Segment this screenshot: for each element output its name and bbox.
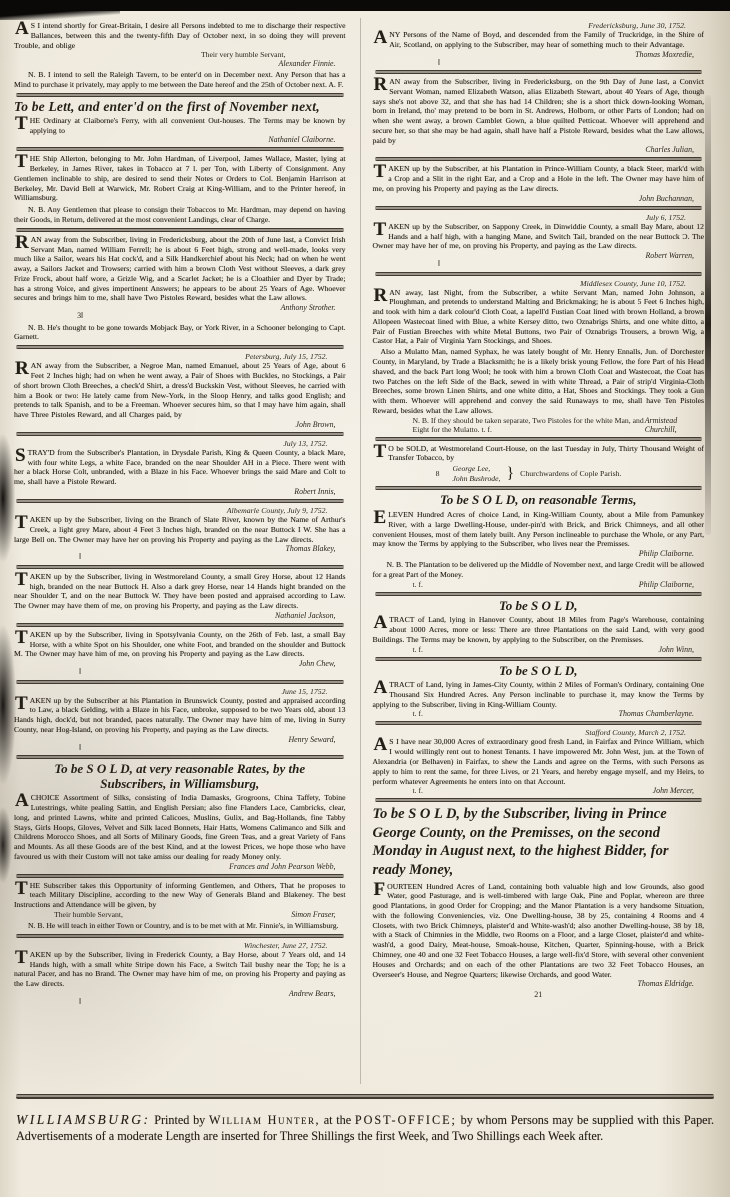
ad-body: THE Subscriber takes this Opportunity of…: [14, 881, 346, 910]
drop-cap: A: [14, 21, 31, 36]
nota-bene: N. B. The Plantation to be delivered up …: [373, 560, 705, 580]
drop-cap: R: [373, 77, 390, 92]
signature: Robert Warren,: [373, 251, 705, 260]
ad-body: RAN away, last Night, from the Subscribe…: [373, 288, 705, 347]
signature: John Chew,: [14, 659, 346, 668]
signature: Thomas Blakey,: [14, 544, 346, 553]
valediction-row: Their humble Servant, Simon Fraser,: [14, 910, 346, 919]
left-column: AS I intend shortly for Great-Britain, I…: [14, 18, 346, 1084]
signature: Philip Claiborne,: [639, 580, 694, 589]
ad-claibornes-ferry: To be Lett, and enter'd on the first of …: [14, 100, 346, 144]
dateline: Albemarle County, July 9, 1752.: [14, 506, 346, 515]
ad-mercer-lands: Stafford County, March 2, 1752. AS I hav…: [373, 728, 705, 795]
ad-text: LEVEN Hundred Acres of choice Land, in K…: [373, 510, 705, 548]
signature: John Winn,: [658, 645, 694, 654]
printers-mark: ‖: [14, 553, 147, 561]
separator-rule: [375, 486, 703, 490]
drop-cap: S: [14, 448, 28, 463]
churchwarden-role: Churchwardens of Cople Parish.: [520, 469, 621, 478]
ad-body: TAKEN up by the Subscriber, living on th…: [14, 515, 346, 544]
ad-text: AN away from the Subscriber, living in F…: [373, 77, 705, 145]
signature: Andrew Bears,: [14, 989, 346, 998]
ad-sold-princegeorge-eldridge: To be S O L D, by the Subscriber, living…: [373, 805, 705, 999]
ad-body: TAKEN up by the Subscriber at his Planta…: [14, 696, 346, 735]
ad-body: THE Ordinary at Claiborne's Ferry, with …: [14, 116, 346, 136]
signature: Charles Julian,: [373, 145, 705, 154]
printers-mark: ‖: [14, 668, 147, 676]
ad-heading: To be S O L D, on reasonable Terms,: [379, 493, 699, 508]
signature: Alexander Finnie.: [14, 59, 346, 68]
colophon-printed-by: Printed by: [154, 1113, 205, 1127]
ad-military-discipline: THE Subscriber takes this Opportunity of…: [14, 881, 346, 931]
ad-heading: To be S O L D,: [379, 599, 699, 614]
colophon: WILLIAMSBURG: Printed by William Hunter,…: [16, 1094, 714, 1157]
ad-text: S I have near 30,000 Acres of extraordin…: [373, 737, 705, 785]
ad-text: AN away from the Subscriber, living in F…: [14, 235, 346, 303]
signature: Anthony Strother.: [14, 303, 346, 312]
nota-bene-row: N. B. If they should be taken separate, …: [373, 416, 705, 434]
ad-text: TRACT of Land, lying in Hanover County, …: [373, 615, 705, 644]
colophon-office: POST-OFFICE;: [355, 1113, 457, 1127]
columns: AS I intend shortly for Great-Britain, I…: [14, 18, 704, 1084]
separator-rule: [16, 680, 344, 684]
ad-transfer-tobacco: TO be SOLD, at Westmoreland Court-House,…: [373, 444, 705, 484]
ad-taken-brunswick: June 15, 1752. TAKEN up by the Subscribe…: [14, 687, 346, 753]
churchwarden-name: John Bushrode,: [453, 474, 501, 484]
scan-top-edge: [0, 0, 730, 11]
signature: Frances and John Pearson Webb,: [14, 862, 346, 871]
ad-text: S I intend shortly for Great-Britain, I …: [14, 21, 346, 50]
drop-cap: T: [373, 164, 389, 179]
signature: Thomas Chamberlayne.: [619, 709, 694, 718]
newspaper-page: AS I intend shortly for Great-Britain, I…: [0, 0, 730, 1197]
till-forbid-mark: t. f.: [413, 580, 423, 589]
ad-body: TAKEN up by the Subscriber, living in We…: [14, 572, 346, 611]
signature: Philip Claiborne.: [373, 549, 705, 558]
ad-text: HE Ship Allerton, belonging to Mr. John …: [14, 154, 346, 202]
till-forbid-row: t. f. John Mercer,: [373, 786, 705, 795]
ad-body: TO be SOLD, at Westmoreland Court-House,…: [373, 444, 705, 464]
dateline: July 6, 1752.: [373, 213, 705, 222]
colophon-rule: [16, 1094, 714, 1099]
ad-taken-spotsylvania: TAKEN up by the Subscriber, living in Sp…: [14, 630, 346, 677]
ad-body: TAKEN up by the Subscriber, living in Sp…: [14, 630, 346, 659]
till-forbid-mark: t. f.: [413, 645, 423, 654]
colophon-city: WILLIAMSBURG:: [16, 1112, 150, 1127]
separator-rule: [375, 206, 703, 210]
ad-text: HE Subscriber takes this Opportunity of …: [14, 881, 346, 910]
drop-cap: A: [373, 30, 390, 45]
ad-text: AKEN up by the Subscriber at his Plantat…: [14, 696, 346, 734]
ad-boyd-family: Fredericksburg, June 30, 1752. ANY Perso…: [373, 21, 705, 67]
ad-text: AKEN up by the Subscriber, at his Planta…: [373, 164, 705, 193]
printers-mark: ‖: [373, 260, 506, 268]
signature: Henry Seward,: [14, 735, 346, 744]
ad-body: RAN away from the Subscriber, living in …: [14, 235, 346, 303]
separator-rule: [16, 934, 344, 938]
drop-cap: T: [14, 696, 30, 711]
ad-body: TAKEN up by the Subscriber, at his Plant…: [373, 164, 705, 193]
ad-text: CHOICE Assortment of Silks, consisting o…: [14, 793, 346, 861]
till-forbid-row: t. f. John Winn,: [373, 645, 705, 654]
ad-taken-steer: TAKEN up by the Subscriber, at his Plant…: [373, 164, 705, 202]
ad-runaways-johnson-syphax: Middlesex County, June 10, 1752. RAN awa…: [373, 279, 705, 434]
signature: Thomas Moxredie,: [373, 50, 705, 59]
drop-cap: T: [14, 881, 30, 896]
nota-bene: N. B. He will teach in either Town or Co…: [14, 921, 346, 931]
separator-rule: [16, 755, 344, 759]
dateline: June 15, 1752.: [14, 687, 346, 696]
ad-text: AKEN up by the Subscriber, living in Wes…: [14, 572, 346, 610]
ad-finnie-departure: AS I intend shortly for Great-Britain, I…: [14, 21, 346, 90]
drop-cap: A: [373, 615, 390, 630]
separator-rule: [16, 874, 344, 878]
separator-rule: [16, 147, 344, 151]
separator-rule: [375, 437, 703, 441]
ad-heading: To be S O L D, at very reasonable Rates,…: [20, 762, 340, 791]
churchwarden-name: George Lee,: [453, 464, 501, 474]
signature: Simon Fraser,: [291, 910, 335, 919]
signature: Nathaniel Claiborne.: [14, 135, 346, 144]
signature: John Buchannan,: [373, 194, 705, 203]
separator-rule: [16, 623, 344, 627]
nota-bene: N. B. If they should be taken separate, …: [413, 416, 645, 434]
drop-cap: R: [14, 235, 31, 250]
ad-body: RAN away from the Subscriber, a Negroe M…: [14, 361, 346, 420]
nota-bene: N. B. He's thought to be gone towards Mo…: [14, 323, 346, 343]
till-forbid-mark: t. f.: [413, 786, 423, 795]
drop-cap: A: [373, 737, 390, 752]
separator-rule: [375, 157, 703, 161]
printers-mark: 3‖: [14, 312, 147, 320]
ad-runaway-emanuel: Petersburg, July 15, 1752. RAN away from…: [14, 352, 346, 429]
separator-rule: [16, 565, 344, 569]
ad-sold-hanover-tract: To be S O L D, ATRACT of Land, lying in …: [373, 599, 705, 654]
ad-text: AN away from the Subscriber, a Negroe Ma…: [14, 361, 346, 419]
separator-rule: [16, 93, 344, 97]
drop-cap: T: [14, 515, 30, 530]
ad-text: HE Ordinary at Claiborne's Ferry, with a…: [30, 116, 346, 135]
ad-body: AS I intend shortly for Great-Britain, I…: [14, 21, 346, 50]
ad-taken-frederick: Winchester, June 27, 1752. TAKEN up by t…: [14, 941, 346, 1007]
printers-mark: 8: [429, 469, 447, 478]
drop-cap: A: [14, 793, 31, 808]
drop-cap: R: [373, 288, 390, 303]
signature: Thomas Eldridge.: [373, 979, 705, 988]
drop-cap: T: [373, 444, 389, 459]
till-forbid-row: t. f. Philip Claiborne,: [373, 580, 705, 589]
separator-rule: [375, 721, 703, 725]
ad-sold-jamescity-tract: To be S O L D, ATRACT of Land, lying in …: [373, 664, 705, 719]
drop-cap: T: [373, 222, 389, 237]
drop-cap: F: [373, 882, 388, 897]
ad-body: TAKEN up by the Subscriber, on Sappony C…: [373, 222, 705, 251]
signature: Armistead Churchill,: [645, 416, 694, 434]
signature: John Brown,: [14, 420, 346, 429]
drop-cap: R: [14, 361, 31, 376]
drop-cap: A: [373, 680, 390, 695]
nota-bene: N. B. I intend to sell the Raleigh Taver…: [14, 70, 346, 90]
till-forbid-row: t. f. Thomas Chamberlayne.: [373, 709, 705, 718]
ad-text: OURTEEN Hundred Acres of Land, containin…: [373, 882, 705, 979]
printers-mark: ‖: [14, 998, 147, 1006]
ad-body: RAN away from the Subscriber, living in …: [373, 77, 705, 145]
ad-text: NY Persons of the Name of Boyd, and desc…: [389, 30, 704, 49]
separator-rule: [375, 657, 703, 661]
separator-rule: [375, 70, 703, 74]
churchwarden-names: George Lee, John Bushrode,: [453, 464, 501, 483]
ad-taken-sappony: July 6, 1752. TAKEN up by the Subscriber…: [373, 213, 705, 269]
ad-text: AKEN up by the Subscriber, living in Fre…: [14, 950, 346, 988]
ad-body: ACHOICE Assortment of Silks, consisting …: [14, 793, 346, 861]
right-column: Fredericksburg, June 30, 1752. ANY Perso…: [360, 18, 705, 1084]
dateline: Fredericksburg, June 30, 1752.: [373, 21, 705, 30]
ad-text: O be SOLD, at Westmoreland Court-House, …: [388, 444, 704, 463]
signature: Nathaniel Jackson,: [14, 611, 346, 620]
dateline: Winchester, June 27, 1752.: [14, 941, 346, 950]
ad-text: AKEN up by the Subscriber, living on the…: [14, 515, 346, 544]
ad-body-continued: Also a Mulatto Man, named Syphax, he was…: [373, 347, 705, 415]
ad-heading: To be S O L D,: [379, 664, 699, 679]
separator-rule: [16, 345, 344, 349]
separator-rule: [375, 592, 703, 596]
ad-body: ELEVEN Hundred Acres of choice Land, in …: [373, 510, 705, 549]
separator-rule: [16, 499, 344, 503]
ad-body: FOURTEEN Hundred Acres of Land, containi…: [373, 882, 705, 980]
valediction: Their very humble Servant,: [14, 50, 346, 59]
ad-taken-albemarle: Albemarle County, July 9, 1752. TAKEN up…: [14, 506, 346, 562]
signature: Robert Innis,: [14, 487, 346, 496]
binding-gutter-shadow: [705, 95, 711, 535]
dateline: July 13, 1752.: [14, 439, 346, 448]
ad-heading: To be S O L D, by the Subscriber, living…: [373, 805, 705, 879]
drop-cap: T: [14, 116, 30, 131]
ad-body: TAKEN up by the Subscriber, living in Fr…: [14, 950, 346, 989]
ad-strayed-mare: July 13, 1752. STRAY'D from the Subscrib…: [14, 439, 346, 496]
churchwardens-group: 8 George Lee, John Bushrode, } Churchwar…: [373, 464, 705, 483]
colophon-text: WILLIAMSBURG: Printed by William Hunter,…: [16, 1111, 714, 1145]
ad-text: AKEN up by the Subscriber, on Sappony Cr…: [373, 222, 705, 251]
printers-mark: ‖: [14, 744, 147, 752]
ad-text: TRACT of Land, lying in James-City Count…: [373, 680, 705, 709]
dateline: Middlesex County, June 10, 1752.: [373, 279, 705, 288]
dateline: Petersburg, July 15, 1752.: [14, 352, 346, 361]
ad-body: ATRACT of Land, lying in Hanover County,…: [373, 615, 705, 644]
valediction: Their humble Servant,: [54, 910, 123, 919]
ad-body: STRAY'D from the Subscriber's Plantation…: [14, 448, 346, 487]
colophon-printer-name: William Hunter,: [209, 1113, 320, 1127]
page-number: 21: [373, 990, 705, 999]
drop-cap: T: [14, 950, 30, 965]
ad-ship-allerton: THE Ship Allerton, belonging to Mr. John…: [14, 154, 346, 224]
ad-text: AKEN up by the Subscriber, living in Spo…: [14, 630, 346, 659]
ad-body: ANY Persons of the Name of Boyd, and des…: [373, 30, 705, 50]
ad-body: THE Ship Allerton, belonging to Mr. John…: [14, 154, 346, 203]
drop-cap: T: [14, 572, 30, 587]
ad-text: TRAY'D from the Subscriber's Plantation,…: [14, 448, 346, 486]
separator-rule: [16, 228, 344, 232]
till-forbid-mark: t. f.: [413, 709, 423, 718]
signature: John Mercer,: [653, 786, 694, 795]
ad-text: AN away, last Night, from the Subscriber…: [373, 288, 705, 346]
ad-sold-silks-webb: To be S O L D, at very reasonable Rates,…: [14, 762, 346, 871]
ad-runaway-ferrell: RAN away from the Subscriber, living in …: [14, 235, 346, 342]
separator-rule: [16, 432, 344, 436]
colophon-at-the: at the: [324, 1113, 351, 1127]
ad-heading: To be Lett, and enter'd on the first of …: [14, 100, 346, 115]
ad-taken-westmoreland: TAKEN up by the Subscriber, living in We…: [14, 572, 346, 620]
nota-bene: N. B. Any Gentlemen that please to consi…: [14, 205, 346, 225]
drop-cap: T: [14, 630, 30, 645]
ad-body: AS I have near 30,000 Acres of extraordi…: [373, 737, 705, 786]
printers-mark: ‖: [373, 59, 506, 67]
ad-sold-kingwilliam-land: To be S O L D, on reasonable Terms, ELEV…: [373, 493, 705, 588]
separator-rule: [375, 798, 703, 802]
brace-glyph: }: [506, 465, 514, 483]
ad-body: ATRACT of Land, lying in James-City Coun…: [373, 680, 705, 709]
drop-cap: E: [373, 510, 389, 525]
drop-cap: T: [14, 154, 30, 169]
ad-runaway-watson: RAN away from the Subscriber, living in …: [373, 77, 705, 154]
separator-rule: [375, 272, 703, 276]
